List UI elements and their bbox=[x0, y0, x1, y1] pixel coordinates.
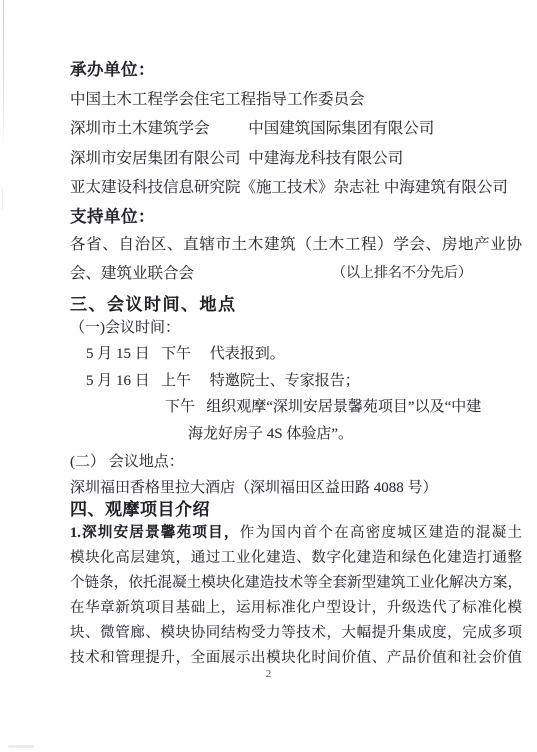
project-name-bold: 1.深圳安居景馨苑项目， bbox=[70, 525, 240, 541]
paragraph-line-1: 1.深圳安居景馨苑项目，作为国内首个在高密度城区建造的混凝土 bbox=[70, 521, 522, 546]
support-units-line-2: 会、建筑业联合会 （以上排名不分先后） bbox=[70, 264, 522, 283]
scanned-document-page: 承办单位： 中国土木工程学会住宅工程指导工作委员会 深圳市土木建筑学会 中国建筑… bbox=[0, 0, 537, 752]
schedule-line-afternoon-tour: 下午 组织观摩“深圳安居景馨苑项目”以及“中建 bbox=[70, 398, 537, 417]
section4-heading: 四、观摩项目介绍 bbox=[70, 499, 522, 520]
host-unit-line-3: 深圳市安居集团有限公司 中建海龙科技有限公司 bbox=[70, 149, 522, 168]
meeting-venue-address: 深圳福田香格里拉大酒店（深圳福田区益田路 4088 号） bbox=[70, 479, 522, 498]
paragraph-line-2: 模块化高层建筑，通过工业化建造、数字化建造和绿色化建造打通整 bbox=[70, 546, 522, 571]
page-number: 2 bbox=[0, 668, 537, 680]
support-units-label: 支持单位： bbox=[70, 207, 522, 228]
schedule-line-may15: 5 月 15 日 下午 代表报到。 bbox=[70, 345, 537, 364]
scan-artifact-smudge bbox=[8, 745, 34, 748]
scan-artifact-speck bbox=[2, 188, 3, 210]
paragraph-line-5: 块、微管廊、模块协同结构受力等技术，大幅提升集成度，完成多项 bbox=[70, 621, 522, 646]
schedule-line-tour-continued: 海龙好房子 4S 体验店”。 bbox=[70, 425, 537, 444]
host-unit-line-1: 中国土木工程学会住宅工程指导工作委员会 bbox=[70, 90, 522, 109]
support-units-line-2-text: 会、建筑业联合会 bbox=[70, 265, 194, 282]
support-units-line-1: 各省、自治区、直辖市土木建筑（土木工程）学会、房地产业协 bbox=[70, 235, 522, 254]
paragraph-line-3: 个链条，依托混凝土模块化建造技术等全套新型建筑工业化解决方案， bbox=[70, 571, 522, 596]
host-unit-line-2: 深圳市土木建筑学会 中国建筑国际集团有限公司 bbox=[70, 119, 522, 138]
project-intro-paragraph: 1.深圳安居景馨苑项目，作为国内首个在高密度城区建造的混凝土 模块化高层建筑，通… bbox=[70, 521, 522, 671]
ranking-disclaimer-note: （以上排名不分先后） bbox=[332, 265, 472, 283]
section3-heading: 三、会议时间、地点 bbox=[70, 294, 522, 315]
paragraph-line-1-rest: 作为国内首个在高密度城区建造的混凝土 bbox=[240, 525, 522, 541]
meeting-time-label: （一)会议时间： bbox=[70, 319, 522, 338]
schedule-line-may16: 5 月 16 日 上午 特邀院士、专家报告； bbox=[70, 372, 537, 391]
meeting-venue-label: (二） 会议地点： bbox=[70, 453, 522, 472]
scan-artifact-left-line bbox=[3, 0, 4, 150]
host-units-label: 承办单位： bbox=[70, 60, 522, 81]
paragraph-line-4: 在华章新筑项目基础上，运用标准化户型设计，升级迭代了标准化模 bbox=[70, 596, 522, 621]
host-unit-line-4: 亚太建设科技信息研究院《施工技术》杂志社 中海建筑有限公司 bbox=[70, 178, 522, 197]
